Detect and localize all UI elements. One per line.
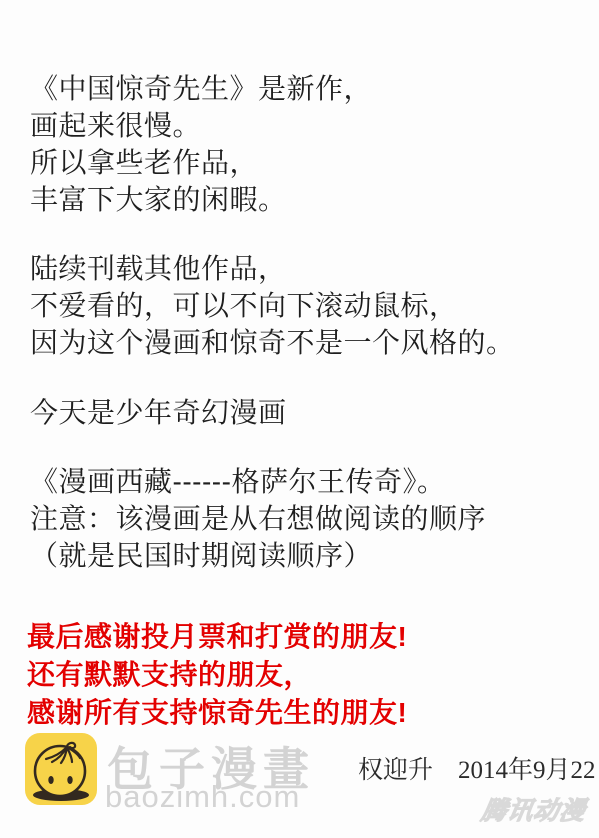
note-line: 陆续刊载其他作品， <box>30 250 515 287</box>
note-line: 不爱看的，可以不向下滚动鼠标， <box>30 287 515 324</box>
note-line: 今天是少年奇幻漫画 <box>30 394 287 431</box>
note-line: 画起来很慢。 <box>30 107 372 144</box>
note-line: 《漫画西藏------格萨尔王传奇》。 <box>30 463 486 500</box>
note-paragraph-3: 今天是少年奇幻漫画 <box>30 394 287 431</box>
note-paragraph-2: 陆续刊载其他作品， 不爱看的，可以不向下滚动鼠标， 因为这个漫画和惊奇不是一个风… <box>30 250 515 361</box>
thanks-line: 还有默默支持的朋友， <box>27 656 407 694</box>
note-line: （就是民国时期阅读顺序） <box>30 537 486 574</box>
note-line: 注意：该漫画是从右想做阅读的顺序 <box>30 500 486 537</box>
note-paragraph-4: 《漫画西藏------格萨尔王传奇》。 注意：该漫画是从右想做阅读的顺序 （就是… <box>30 463 486 574</box>
note-line: 《中国惊奇先生》是新作， <box>30 70 372 107</box>
note-paragraph-1: 《中国惊奇先生》是新作， 画起来很慢。 所以拿些老作品， 丰富下大家的闲暇。 <box>30 70 372 218</box>
note-line: 因为这个漫画和惊奇不是一个风格的。 <box>30 324 515 361</box>
site-url-watermark: baozimh.com <box>105 779 300 815</box>
tencent-comics-watermark: 腾讯动漫 <box>479 791 589 827</box>
thanks-paragraph: 最后感谢投月票和打赏的朋友! 还有默默支持的朋友， 感谢所有支持惊奇先生的朋友! <box>27 618 407 732</box>
comic-author-note-page: 《中国惊奇先生》是新作， 画起来很慢。 所以拿些老作品， 丰富下大家的闲暇。 陆… <box>0 0 599 838</box>
thanks-line: 最后感谢投月票和打赏的朋友! <box>27 618 407 656</box>
baozimh-logo <box>25 733 97 805</box>
thanks-line: 感谢所有支持惊奇先生的朋友! <box>27 694 407 732</box>
note-line: 丰富下大家的闲暇。 <box>30 181 372 218</box>
author-credit: 权迎升 2014年9月22日 <box>358 750 599 786</box>
note-line: 所以拿些老作品， <box>30 144 372 181</box>
baozi-mascot-icon <box>25 733 97 805</box>
